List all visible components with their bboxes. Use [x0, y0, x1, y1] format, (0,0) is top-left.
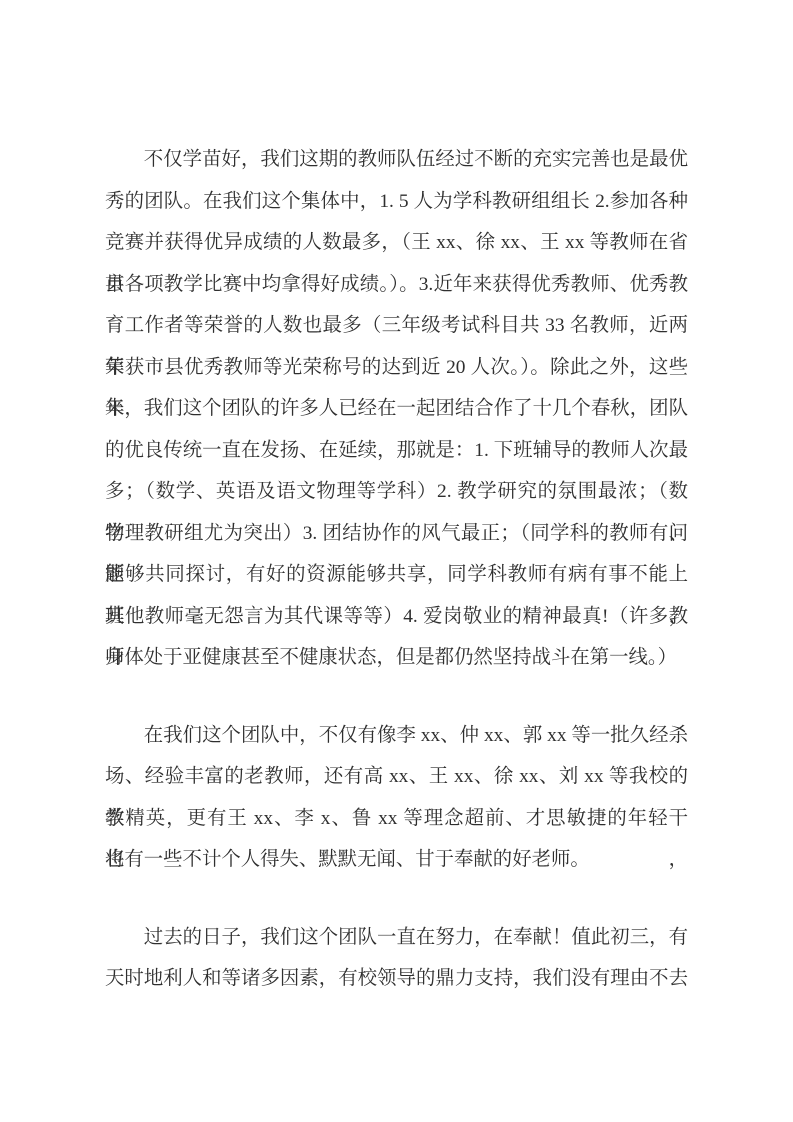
text-line: 秀的团队。在我们这个集体中，1. 5 人为学科教研组组长 2.参加各种	[105, 181, 688, 223]
text-line: 县各项教学比赛中均拿得好成绩。）。3.近年来获得优秀教师、优秀教	[105, 264, 688, 306]
text-line: 多；（数学、英语及语文物理等学科）2. 教学研究的氛围最浓；（数学、	[105, 471, 688, 513]
text-line: 育工作者等荣誉的人数也最多（三年级考试科目共 33 名教师，近两年	[105, 305, 688, 347]
paragraph-past-effort: 过去的日子，我们这个团队一直在努力，在奉献！值此初三，有天时地利人和等诸多因素，…	[105, 917, 688, 1000]
paragraph-team-quality: 不仅学苗好，我们这期的教师队伍经过不断的充实完善也是最优秀的团队。在我们这个集体…	[105, 139, 688, 679]
text-line: 身体处于亚健康甚至不健康状态，但是都仍然坚持战斗在第一线。）	[105, 637, 688, 679]
text-line: 能够共同探讨，有好的资源能够共享，同学科教师有病有事不能上班，	[105, 554, 688, 596]
text-line: 天时地利人和等诸多因素，有校领导的鼎力支持，我们没有理由不去	[105, 958, 688, 1000]
text-line: 在我们这个团队中，不仅有像李 xx、仲 xx、郭 xx 等一批久经杀	[105, 715, 688, 757]
text-line: 物理教研组尤为突出）3. 团结协作的风气最正；（同学科的教师有问题	[105, 513, 688, 555]
text-line: 来，我们这个团队的许多人已经在一起团结合作了十几个春秋，团队	[105, 388, 688, 430]
text-line: 过去的日子，我们这个团队一直在努力，在奉献！值此初三，有	[105, 917, 688, 959]
text-line: 学精英，更有王 xx、李 x、鲁 xx 等理念超前、才思敏捷的年轻干将，	[105, 798, 688, 840]
text-line: 场、经验丰富的老教师，还有高 xx、王 xx、徐 xx、刘 xx 等我校的教	[105, 756, 688, 798]
paragraph-team-members: 在我们这个团队中，不仅有像李 xx、仲 xx、郭 xx 等一批久经杀场、经验丰富…	[105, 715, 688, 881]
text-line: 荣获市县优秀教师等光荣称号的达到近 20 人次。）。除此之外，这些年	[105, 347, 688, 389]
text-line: 竞赛并获得优异成绩的人数最多，（王 xx、徐 xx、王 xx 等教师在省市	[105, 222, 688, 264]
text-line: 不仅学苗好，我们这期的教师队伍经过不断的充实完善也是最优	[105, 139, 688, 181]
text-line: 的优良传统一直在发扬、在延续，那就是：1. 下班辅导的教师人次最	[105, 430, 688, 472]
document-page: 不仅学苗好，我们这期的教师队伍经过不断的充实完善也是最优秀的团队。在我们这个集体…	[0, 0, 793, 1122]
text-line: 其他教师毫无怨言为其代课等等）4. 爱岗敬业的精神最真!（许多教师	[105, 596, 688, 638]
